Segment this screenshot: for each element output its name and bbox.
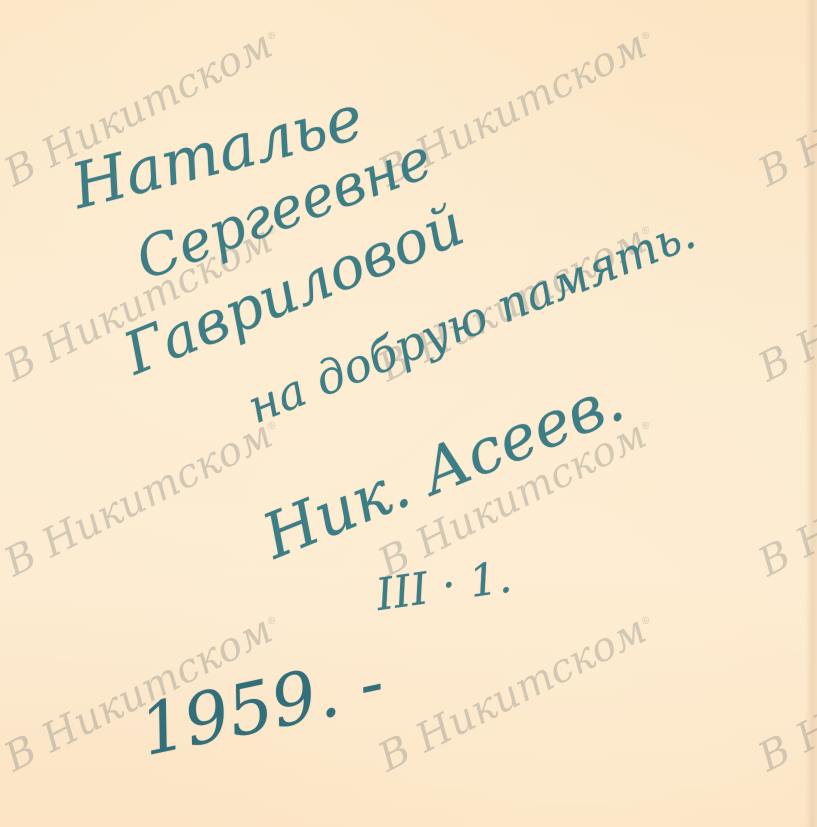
page-edge: [805, 0, 817, 827]
aged-paper-background: [0, 0, 817, 827]
